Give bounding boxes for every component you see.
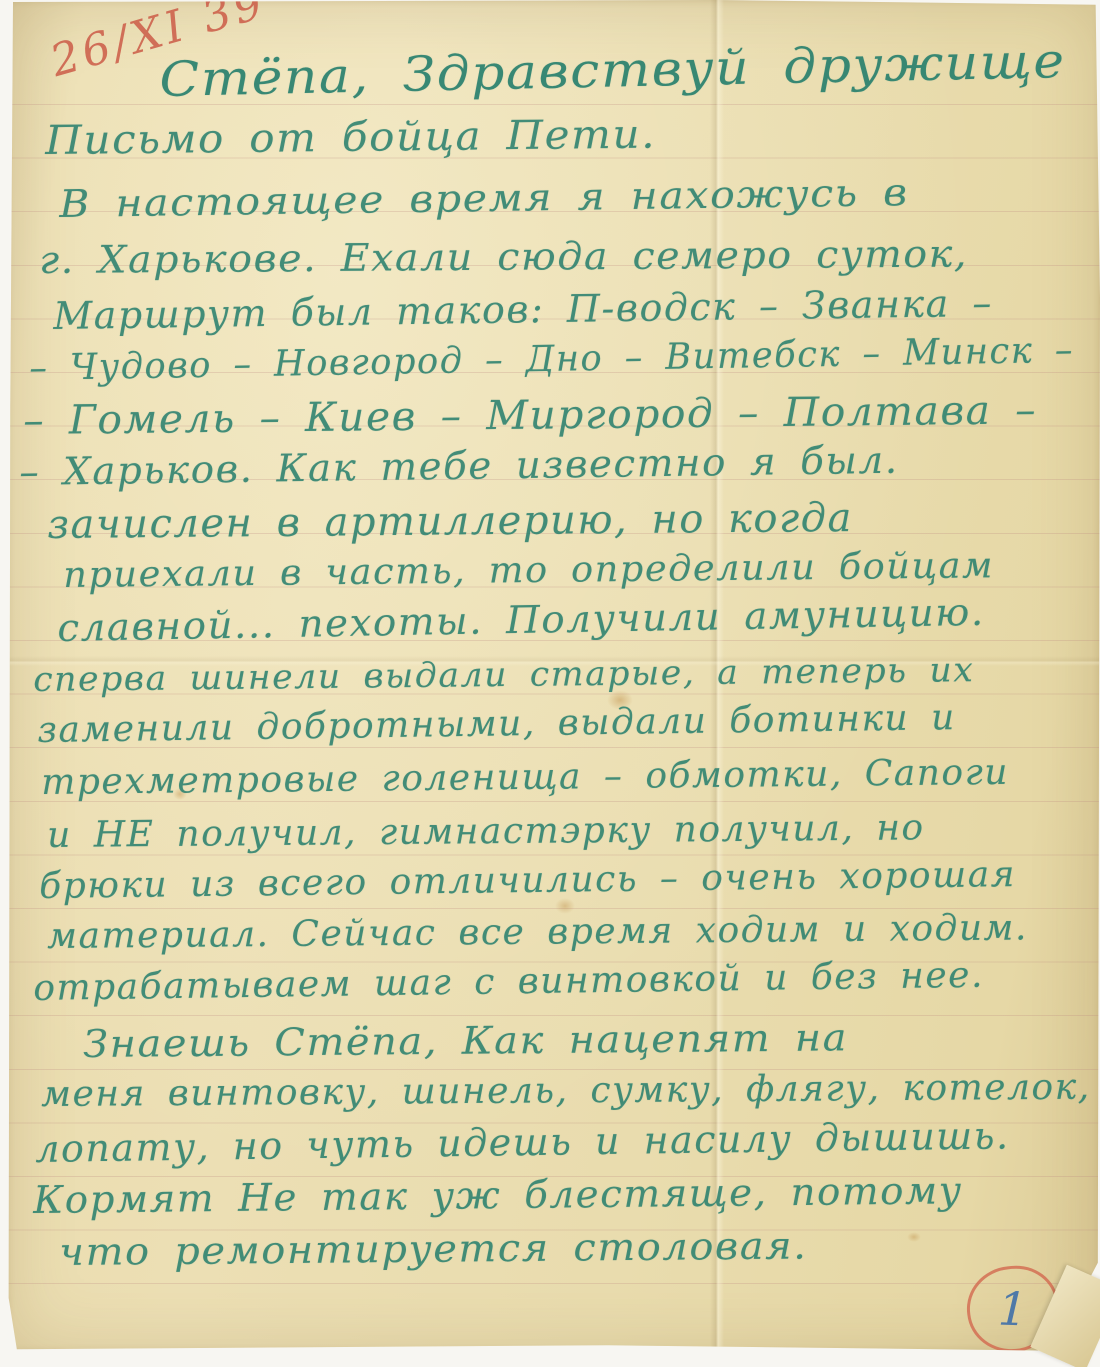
letter-greeting-line: Стёпа, Здравствуй дружище ! — [159, 32, 1100, 108]
scanned-letter-page: 26/XI 39 Стёпа, Здравствуй дружище ! Пис… — [0, 0, 1100, 1367]
letter-line: г. Харькове. Ехали сюда семеро суток, — [39, 232, 968, 282]
letter-line: Письмо от бойца Пети. — [45, 112, 656, 164]
letter-line: материал. Сейчас все время ходим и ходим… — [47, 907, 1028, 957]
paper-sheet: 26/XI 39 Стёпа, Здравствуй дружище ! Пис… — [7, 0, 1100, 1352]
letter-line: Маршрут был таков: П-водск – Званка – — [53, 281, 993, 338]
letter-line: – Чудово – Новгород – Дно – Витебск – Ми… — [29, 330, 1074, 389]
letter-line: Кормят Не так уж блестяще, потому — [33, 1168, 963, 1222]
letter-line: трехметровые голенища – обмотки, Сапоги — [41, 752, 1009, 803]
paper-stain — [907, 1232, 921, 1242]
letter-line: зачислен в артиллерию, но когда — [47, 495, 853, 548]
letter-line: славной... пехоты. Получили амуницию. — [57, 590, 985, 650]
letter-line: и НЕ получил, гимнастэрку получил, но — [47, 807, 925, 856]
letter-line: отрабатываем шаг с винтовкой и без нее. — [33, 955, 984, 1009]
letter-line: приехали в часть, то определили бойцам — [63, 545, 994, 596]
letter-line: – Харьков. Как тебе известно я был. — [19, 438, 899, 494]
letter-line: меня винтовку, шинель, сумку, флягу, кот… — [41, 1067, 1091, 1115]
letter-line: что ремонтируется столовая. — [59, 1223, 808, 1274]
letter-line: В настоящее время я нахожусь в — [59, 170, 909, 226]
letter-line: сперва шинели выдали старые, а теперь их — [33, 650, 975, 700]
letter-line: заменили добротными, выдали ботинки и — [37, 697, 956, 751]
letter-line: – Гомель – Киев – Миргород – Полтава – — [23, 387, 1037, 444]
letter-line: брюки из всего отличились – очень хороша… — [39, 854, 1016, 907]
page-number: 1 — [997, 1282, 1028, 1337]
letter-line: лопату, но чуть идешь и насилу дышишь. — [35, 1113, 1010, 1171]
letter-line: Знаешь Стёпа, Как нацепят на — [83, 1015, 848, 1066]
